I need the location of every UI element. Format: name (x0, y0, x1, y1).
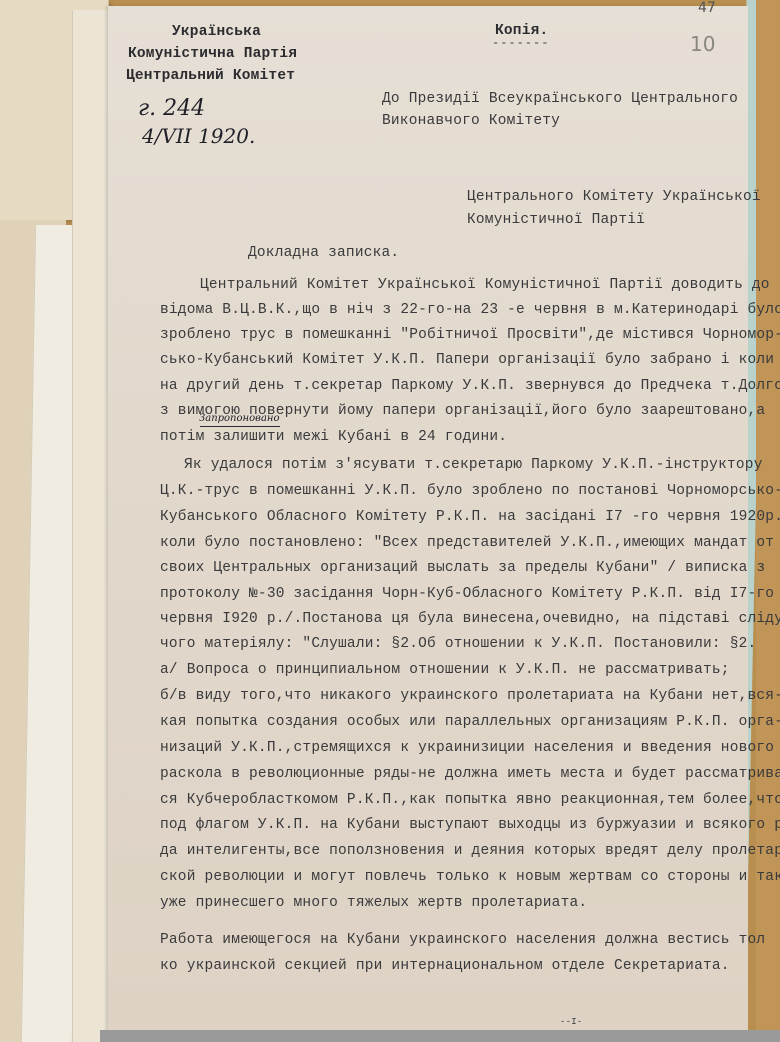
body-line: своих Центральных организаций выслать за… (160, 560, 765, 576)
body-line: кая попытка создания особых или параллел… (160, 714, 780, 730)
addressee-line-1: До Президії Всеукраїнського Центрального (382, 91, 738, 107)
body-line: коли було постановлено: "Всех представит… (160, 535, 774, 551)
body-line: Як удалося потім з'ясувати т.секретарю П… (184, 457, 763, 473)
body-line: уже принесшего много тяжелых жертв проле… (160, 895, 587, 911)
sender-line-1: Центрального Комітету Української (467, 189, 761, 205)
body-line: б/в виду того,что никакого украинского п… (160, 688, 780, 704)
pencil-page-number: 10 (690, 32, 715, 56)
page-footer-mark: --I- (560, 1017, 582, 1027)
pencil-corner-mark: 47 (698, 0, 716, 16)
body-line: відома В.Ц.В.К.,що в ніч з 22-го-на 23 -… (160, 302, 780, 318)
body-line: сько-Кубанський Комітет У.К.П. Папери ор… (160, 352, 774, 368)
insertion-mark (200, 426, 280, 427)
body-line: под флагом У.К.П. на Кубани выступают вы… (160, 817, 780, 833)
body-line: зроблено трус в помешканні "Робітничої П… (160, 327, 780, 343)
body-line: Работа имеющегося на Кубани украинского … (160, 932, 765, 948)
body-line: червня I920 р./.Постанова ця була винесе… (160, 611, 780, 627)
letterhead-line-2: Комуністична Партія (128, 46, 297, 62)
body-line: ской революции и могут повлечь только к … (160, 869, 780, 885)
body-line: протоколу №-30 засідання Чорн-Куб-Обласн… (160, 586, 774, 602)
handwritten-insertion: Запропоновано (199, 413, 280, 424)
handwritten-date: 4/VII 1920. (142, 124, 255, 148)
body-line: на другий день т.секретар Паркому У.К.П.… (160, 378, 780, 394)
document-title: Докладна записка. (248, 245, 399, 261)
body-line: низаций У.К.П.,стремящихся к украинизици… (160, 740, 774, 756)
body-line: раскола в революционные ряды-не должна и… (160, 766, 780, 782)
body-line: Ц.К.-трус в помешканні У.К.П. було зробл… (160, 483, 780, 499)
body-line: ко украинской секцией при интернациональ… (160, 958, 730, 974)
body-line: а/ Вопроса о принципиальном отношении к … (160, 662, 730, 678)
body-line: Кубанського Обласного Комітету Р.К.П. на… (160, 509, 780, 525)
scan-bottom-edge (100, 1030, 780, 1042)
sender-line-2: Комуністичної Партії (467, 212, 645, 228)
addressee-line-2: Виконавчого Комітету (382, 113, 560, 129)
binding-strip-inner (72, 10, 113, 1042)
body-line: да интелигенты,все поползновения и деяни… (160, 843, 780, 859)
body-line: ся Кубчеробласткомом Р.К.П.,как попытка … (160, 792, 780, 808)
body-line: чого матеріялу: "Слушали: §2.Об отношени… (160, 636, 756, 652)
body-line: потім залишити межі Кубані в 24 години. (160, 429, 507, 445)
handwritten-registration-number: г. 244 (138, 96, 205, 121)
letterhead-line-3: Центральний Комітет (126, 68, 295, 84)
copy-underline: ------- (492, 36, 549, 50)
body-line: Центральний Комітет Української Комуніст… (200, 277, 770, 293)
letterhead-line-1: Українська (172, 24, 261, 40)
